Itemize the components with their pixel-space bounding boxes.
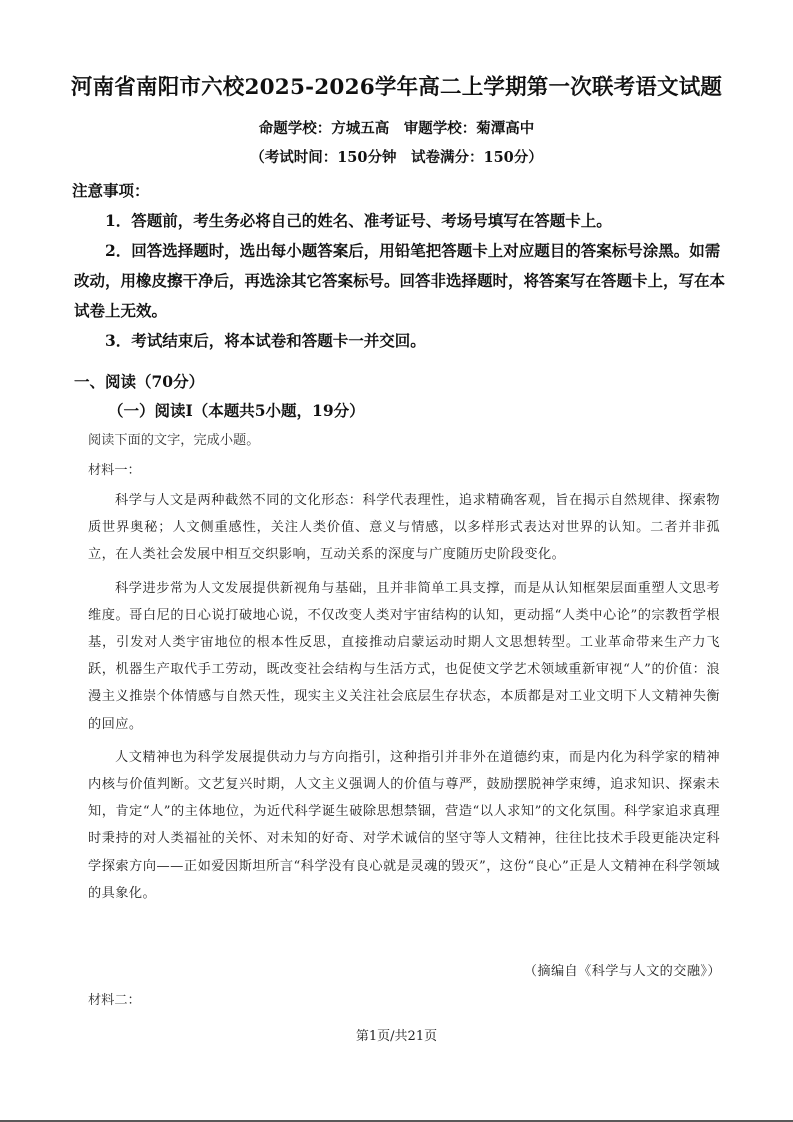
notice-item-3: 3．考试结束后，将本试卷和答题卡一并交回。	[74, 326, 726, 356]
notice-item-1: 1．答题前，考生务必将自己的姓名、准考证号、考场号填写在答题卡上。	[74, 206, 726, 236]
paragraph-2: 科学进步常为人文发展提供新视角与基础，且并非简单工具支撑，而是从认知框架层面重塑…	[88, 575, 720, 738]
exam-title: 河南省南阳市六校2025-2026学年高二上学期第一次联考语文试题	[0, 74, 793, 102]
paragraph-3: 人文精神也为科学发展提供动力与方向指引，这种指引并非外在道德约束，而是内化为科学…	[88, 744, 720, 907]
material-1-label: 材料一：	[88, 461, 141, 481]
school-info: 命题学校：方城五高 审题学校：菊潭高中	[0, 119, 793, 139]
subsection-heading-reading-1: （一）阅读Ⅰ（本题共5小题，19分）	[108, 399, 365, 423]
material-2-label: 材料二：	[88, 991, 141, 1011]
material-1-source: （摘编自《科学与人文的交融》）	[524, 962, 721, 982]
notice-heading: 注意事项：	[72, 176, 726, 206]
material-1-text: 科学与人文是两种截然不同的文化形态：科学代表理性，追求精确客观，旨在揭示自然规律…	[88, 487, 720, 907]
section-heading-reading: 一、阅读（70分）	[74, 370, 204, 394]
paragraph-1: 科学与人文是两种截然不同的文化形态：科学代表理性，追求精确客观，旨在揭示自然规律…	[88, 487, 720, 569]
page-number: 第1页/共21页	[0, 1025, 793, 1044]
notice-section: 注意事项： 1．答题前，考生务必将自己的姓名、准考证号、考场号填写在答题卡上。 …	[74, 176, 726, 356]
reading-instruction: 阅读下面的文字，完成小题。	[88, 431, 259, 451]
exam-info: （考试时间：150分钟 试卷满分：150分）	[0, 148, 793, 168]
exam-page: 河南省南阳市六校2025-2026学年高二上学期第一次联考语文试题 命题学校：方…	[0, 0, 793, 1120]
notice-item-2: 2．回答选择题时，选出每小题答案后，用铅笔把答题卡上对应题目的答案标号涂黑。如需…	[74, 236, 726, 326]
